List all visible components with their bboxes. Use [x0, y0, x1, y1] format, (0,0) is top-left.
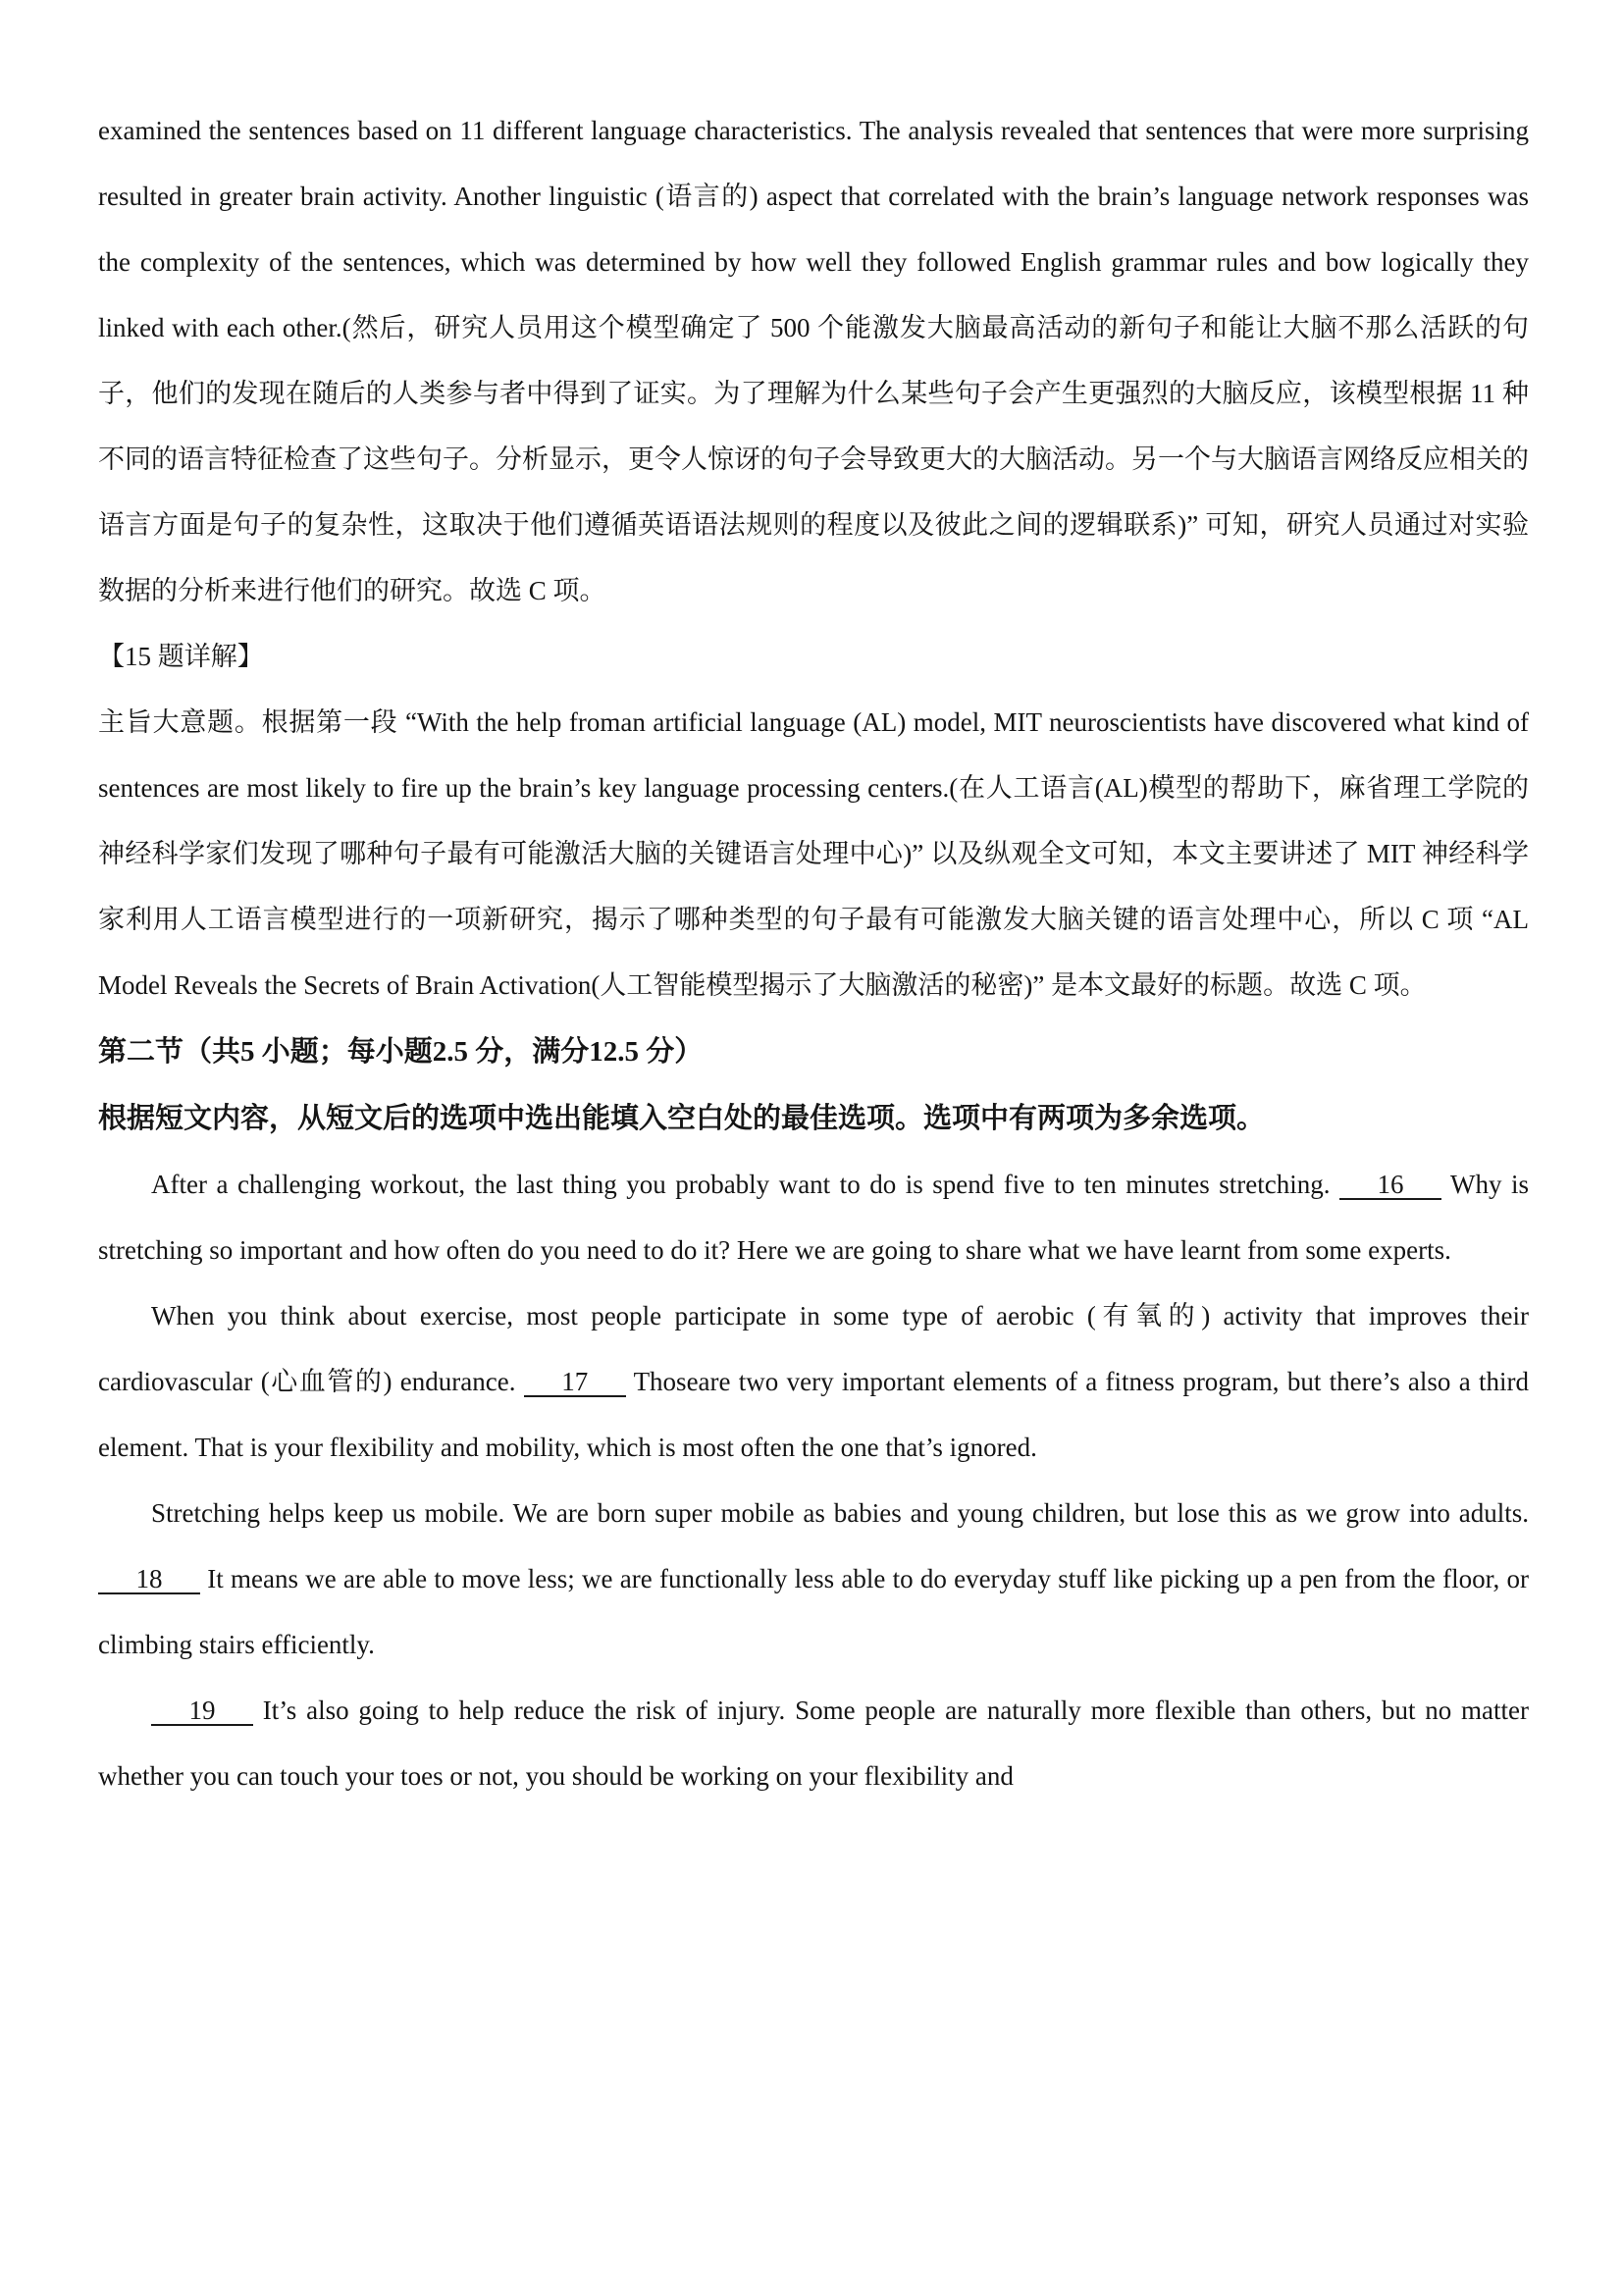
- passage-paragraph-3: Stretching helps keep us mobile. We are …: [98, 1481, 1529, 1678]
- section-2-instruction-text-0: 根据短文内容，从短文后的选项中选出能填入空白处的最佳选项。选项中有两项为多余选项…: [98, 1103, 1265, 1134]
- section-2-title: 第二节（共5 小题；每小题2.5 分，满分12.5 分）: [98, 1018, 1529, 1085]
- answer-blank-17: 17: [524, 1368, 626, 1397]
- passage-paragraph-1: After a challenging workout, the last th…: [98, 1152, 1529, 1283]
- section-2-instruction: 根据短文内容，从短文后的选项中选出能填入空白处的最佳选项。选项中有两项为多余选项…: [98, 1085, 1529, 1152]
- question-14-analysis-paragraph: examined the sentences based on 11 diffe…: [98, 98, 1529, 624]
- passage-paragraph-4: 19 It’s also going to help reduce the ri…: [98, 1678, 1529, 1809]
- passage-paragraph-4-text-1: It’s also going to help reduce the risk …: [98, 1696, 1529, 1791]
- document-body: examined the sentences based on 11 diffe…: [98, 98, 1529, 1809]
- question-15-detail-heading-text-0: 【15 题详解】: [98, 642, 264, 671]
- answer-blank-16: 16: [1339, 1171, 1441, 1200]
- passage-paragraph-3-text-2: It means we are able to move less; we ar…: [98, 1564, 1529, 1659]
- question-15-detail-heading: 【15 题详解】: [98, 624, 1529, 690]
- question-15-analysis-paragraph: 主旨大意题。根据第一段 “With the help froman artifi…: [98, 690, 1529, 1018]
- question-15-analysis-paragraph-text-0: 主旨大意题。根据第一段 “With the help froman artifi…: [98, 707, 1529, 1000]
- passage-paragraph-1-text-0: After a challenging workout, the last th…: [151, 1170, 1339, 1199]
- section-2-title-text-0: 第二节（共5 小题；每小题2.5 分，满分12.5 分）: [98, 1036, 703, 1068]
- answer-blank-18: 18: [98, 1565, 200, 1594]
- answer-blank-19: 19: [151, 1696, 253, 1726]
- question-14-analysis-paragraph-text-0: examined the sentences based on 11 diffe…: [98, 116, 1529, 605]
- passage-paragraph-3-text-0: Stretching helps keep us mobile. We are …: [151, 1498, 1529, 1528]
- document-page: examined the sentences based on 11 diffe…: [0, 0, 1623, 2296]
- passage-paragraph-2: When you think about exercise, most peop…: [98, 1283, 1529, 1481]
